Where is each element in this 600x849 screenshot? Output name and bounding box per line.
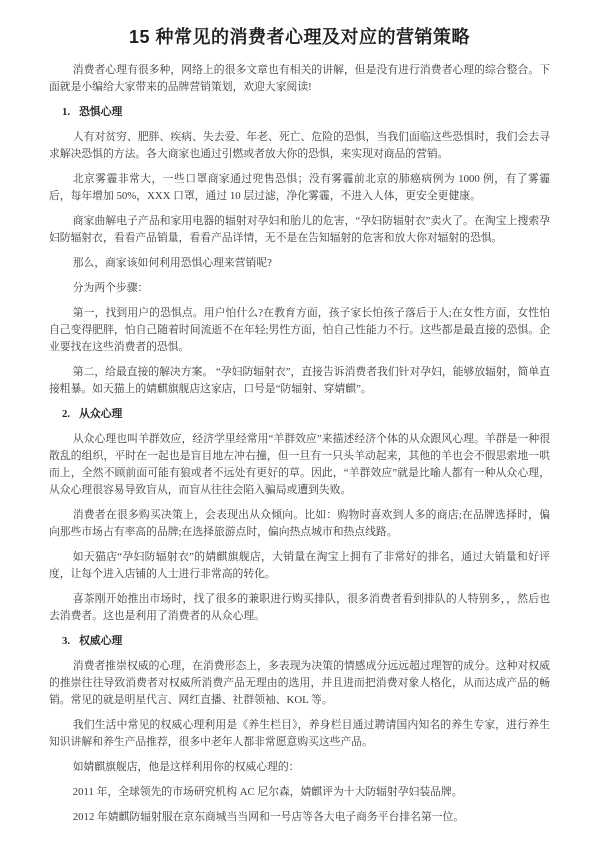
body-paragraph: 如天猫店“孕妇防辐射衣”的婧麒旗舰店，大销量在淘宝上拥有了非常好的排名，通过大销…	[49, 549, 550, 583]
body-paragraph: 消费者推崇权威的心理，在消费形态上，多表现为决策的情感成分远远超过理智的成分。这…	[49, 658, 550, 709]
body-paragraph: 分为两个步骤：	[49, 280, 550, 297]
document-page: 15 种常见的消费者心理及对应的营销策略 消费者心理有很多种，网络上的很多文章也…	[0, 0, 600, 849]
section-title: 恐惧心理	[79, 106, 122, 118]
body-paragraph: 2011 年，全球领先的市场研究机构 AC 尼尔森，婧麒评为十大防辐射孕妇装品牌…	[49, 784, 550, 801]
section-heading: 3.权威心理	[49, 633, 550, 650]
section-title: 从众心理	[79, 408, 122, 420]
body-paragraph: 商家曲解电子产品和家用电器的辐射对孕妇和胎儿的危害，“孕妇防辐射衣”卖火了。在淘…	[49, 213, 550, 247]
body-paragraph: 2012 年婧麒防辐射服在京东商城当当网和一号店等各大电子商务平台排名第一位。	[49, 809, 550, 826]
document-body: 1.恐惧心理人有对贫穷、肥胖、疾病、失去爱、年老、死亡、危险的恐惧，当我们面临这…	[49, 104, 550, 826]
intro-paragraph: 消费者心理有很多种，网络上的很多文章也有相关的讲解，但是没有进行消费者心理的综合…	[49, 62, 550, 96]
body-paragraph: 北京雾霾非常大，一些口罩商家通过兜售恐惧；没有雾霾前北京的肺癌病例为 1000 …	[49, 171, 550, 205]
section-number: 3.	[62, 633, 70, 650]
page-title: 15 种常见的消费者心理及对应的营销策略	[49, 27, 550, 47]
body-paragraph: 喜茶刚开始推出市场时，找了很多的兼职进行购买排队，很多消费者看到排队的人特别多，…	[49, 591, 550, 625]
body-paragraph: 第二，给最直接的解决方案。 “孕妇防辐射衣”，直接告诉消费者我们针对孕妇，能够放…	[49, 364, 550, 398]
body-paragraph: 如婧麒旗舰店，他是这样利用你的权威心理的：	[49, 759, 550, 776]
body-paragraph: 人有对贫穷、肥胖、疾病、失去爱、年老、死亡、危险的恐惧，当我们面临这些恐惧时，我…	[49, 129, 550, 163]
body-paragraph: 从众心理也叫羊群效应，经济学里经常用“羊群效应”来描述经济个体的从众跟风心理。羊…	[49, 431, 550, 499]
body-paragraph: 消费者在很多购买决策上，会表现出从众倾向。比如：购物时喜欢到人多的商店;在品牌选…	[49, 507, 550, 541]
body-paragraph: 第一，找到用户的恐惧点。用户怕什么?在教育方面，孩子家长怕孩子落后于人;在女性方…	[49, 305, 550, 356]
section-heading: 2.从众心理	[49, 406, 550, 423]
body-paragraph: 那么，商家该如何利用恐惧心理来营销呢?	[49, 255, 550, 272]
section-number: 1.	[62, 104, 70, 121]
body-paragraph: 我们生活中常见的权威心理利用是《养生栏目》，养身栏目通过聘请国内知名的养生专家，…	[49, 717, 550, 751]
section-heading: 1.恐惧心理	[49, 104, 550, 121]
section-number: 2.	[62, 406, 70, 423]
section-title: 权威心理	[79, 635, 122, 647]
